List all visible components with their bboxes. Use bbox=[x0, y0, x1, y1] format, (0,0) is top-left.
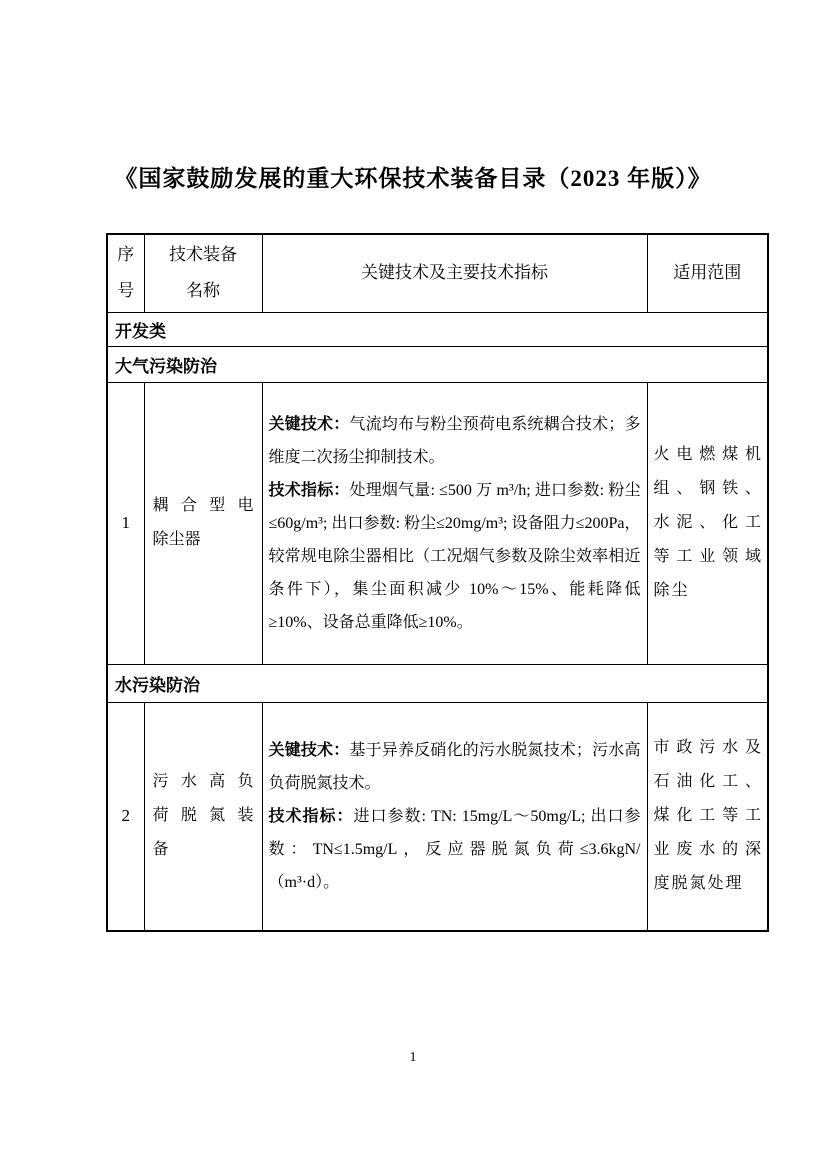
header-cell-equipment-name: 技术装备 名称 bbox=[144, 234, 262, 312]
item2-equipment-name: 污水高负 荷脱氮装 备 bbox=[144, 702, 262, 931]
item1-key-tech-cell: 关键技术：气流均布与粉尘预荷电系统耦合技术；多维度二次扬尘抑制技术。 技术指标：… bbox=[262, 382, 647, 664]
item2-serial-number: 2 bbox=[107, 702, 144, 931]
item1-tech-index-paragraph: 技术指标：处理烟气量: ≤500 万 m³/h; 进口参数: 粉尘≤60g/m³… bbox=[269, 474, 641, 639]
page-number: 1 bbox=[0, 1050, 826, 1066]
item2-scope-cell: 市政污水及 石油化工、 煤化工等工 业废水的深 度脱氮处理 bbox=[647, 702, 768, 931]
item1-name-line-2: 除尘器 bbox=[153, 523, 254, 557]
item2-scope-line-5: 度脱氮处理 bbox=[654, 867, 762, 901]
header-cell-key-tech: 关键技术及主要技术指标 bbox=[262, 234, 647, 312]
category-label-development: 开发类 bbox=[107, 312, 768, 346]
item1-scope-line-3: 水泥、化工 bbox=[654, 506, 762, 540]
item1-name-line-1: 耦合型电 bbox=[153, 489, 254, 523]
header-cell-serial: 序 号 bbox=[107, 234, 144, 312]
item2-key-tech-paragraph: 关键技术：基于异养反硝化的污水脱氮技术；污水高负荷脱氮技术。 bbox=[269, 734, 641, 800]
catalog-table: 序 号 技术装备 名称 关键技术及主要技术指标 适用范围 开发类 大气污染防治 … bbox=[106, 233, 769, 932]
item1-key-tech-label: 关键技术： bbox=[269, 416, 350, 433]
item-row-1: 1 耦合型电 除尘器 关键技术：气流均布与粉尘预荷电系统耦合技术；多维度二次扬尘… bbox=[107, 382, 768, 664]
item2-key-tech-label: 关键技术： bbox=[269, 742, 350, 759]
header-cell-scope: 适用范围 bbox=[647, 234, 768, 312]
item1-scope-line-1: 火电燃煤机 bbox=[654, 438, 762, 472]
item2-key-tech-cell: 关键技术：基于异养反硝化的污水脱氮技术；污水高负荷脱氮技术。 技术指标：进口参数… bbox=[262, 702, 647, 931]
item2-scope-line-3: 煤化工等工 bbox=[654, 799, 762, 833]
category-label-air-pollution: 大气污染防治 bbox=[107, 346, 768, 382]
item2-scope-line-2: 石油化工、 bbox=[654, 765, 762, 799]
item1-tech-index-text: 处理烟气量: ≤500 万 m³/h; 进口参数: 粉尘≤60g/m³; 出口参… bbox=[269, 482, 641, 631]
item1-scope-line-2: 组、钢铁、 bbox=[654, 472, 762, 506]
item1-key-tech-paragraph: 关键技术：气流均布与粉尘预荷电系统耦合技术；多维度二次扬尘抑制技术。 bbox=[269, 408, 641, 474]
item2-name-line-2: 荷脱氮装 bbox=[153, 799, 254, 833]
item1-scope-cell: 火电燃煤机 组、钢铁、 水泥、化工 等工业领域 除尘 bbox=[647, 382, 768, 664]
item2-tech-index-paragraph: 技术指标：进口参数: TN: 15mg/L～50mg/L; 出口参数：TN≤1.… bbox=[269, 800, 641, 899]
item1-serial-number: 1 bbox=[107, 382, 144, 664]
table-header-row: 序 号 技术装备 名称 关键技术及主要技术指标 适用范围 bbox=[107, 234, 768, 312]
item1-tech-index-label: 技术指标： bbox=[269, 482, 350, 499]
item2-scope-line-4: 业废水的深 bbox=[654, 833, 762, 867]
category-row-water-pollution: 水污染防治 bbox=[107, 664, 768, 702]
item2-scope-line-1: 市政污水及 bbox=[654, 731, 762, 765]
item-row-2: 2 污水高负 荷脱氮装 备 关键技术：基于异养反硝化的污水脱氮技术；污水高负荷脱… bbox=[107, 702, 768, 931]
category-row-development: 开发类 bbox=[107, 312, 768, 346]
item1-equipment-name: 耦合型电 除尘器 bbox=[144, 382, 262, 664]
item2-name-line-1: 污水高负 bbox=[153, 765, 254, 799]
item2-tech-index-label: 技术指标： bbox=[269, 808, 354, 825]
item1-scope-line-5: 除尘 bbox=[654, 574, 762, 608]
item1-scope-line-4: 等工业领域 bbox=[654, 540, 762, 574]
category-label-water-pollution: 水污染防治 bbox=[107, 664, 768, 702]
document-title: 《国家鼓励发展的重大环保技术装备目录（2023 年版）》 bbox=[0, 160, 826, 193]
item2-name-line-3: 备 bbox=[153, 833, 254, 867]
category-row-air-pollution: 大气污染防治 bbox=[107, 346, 768, 382]
